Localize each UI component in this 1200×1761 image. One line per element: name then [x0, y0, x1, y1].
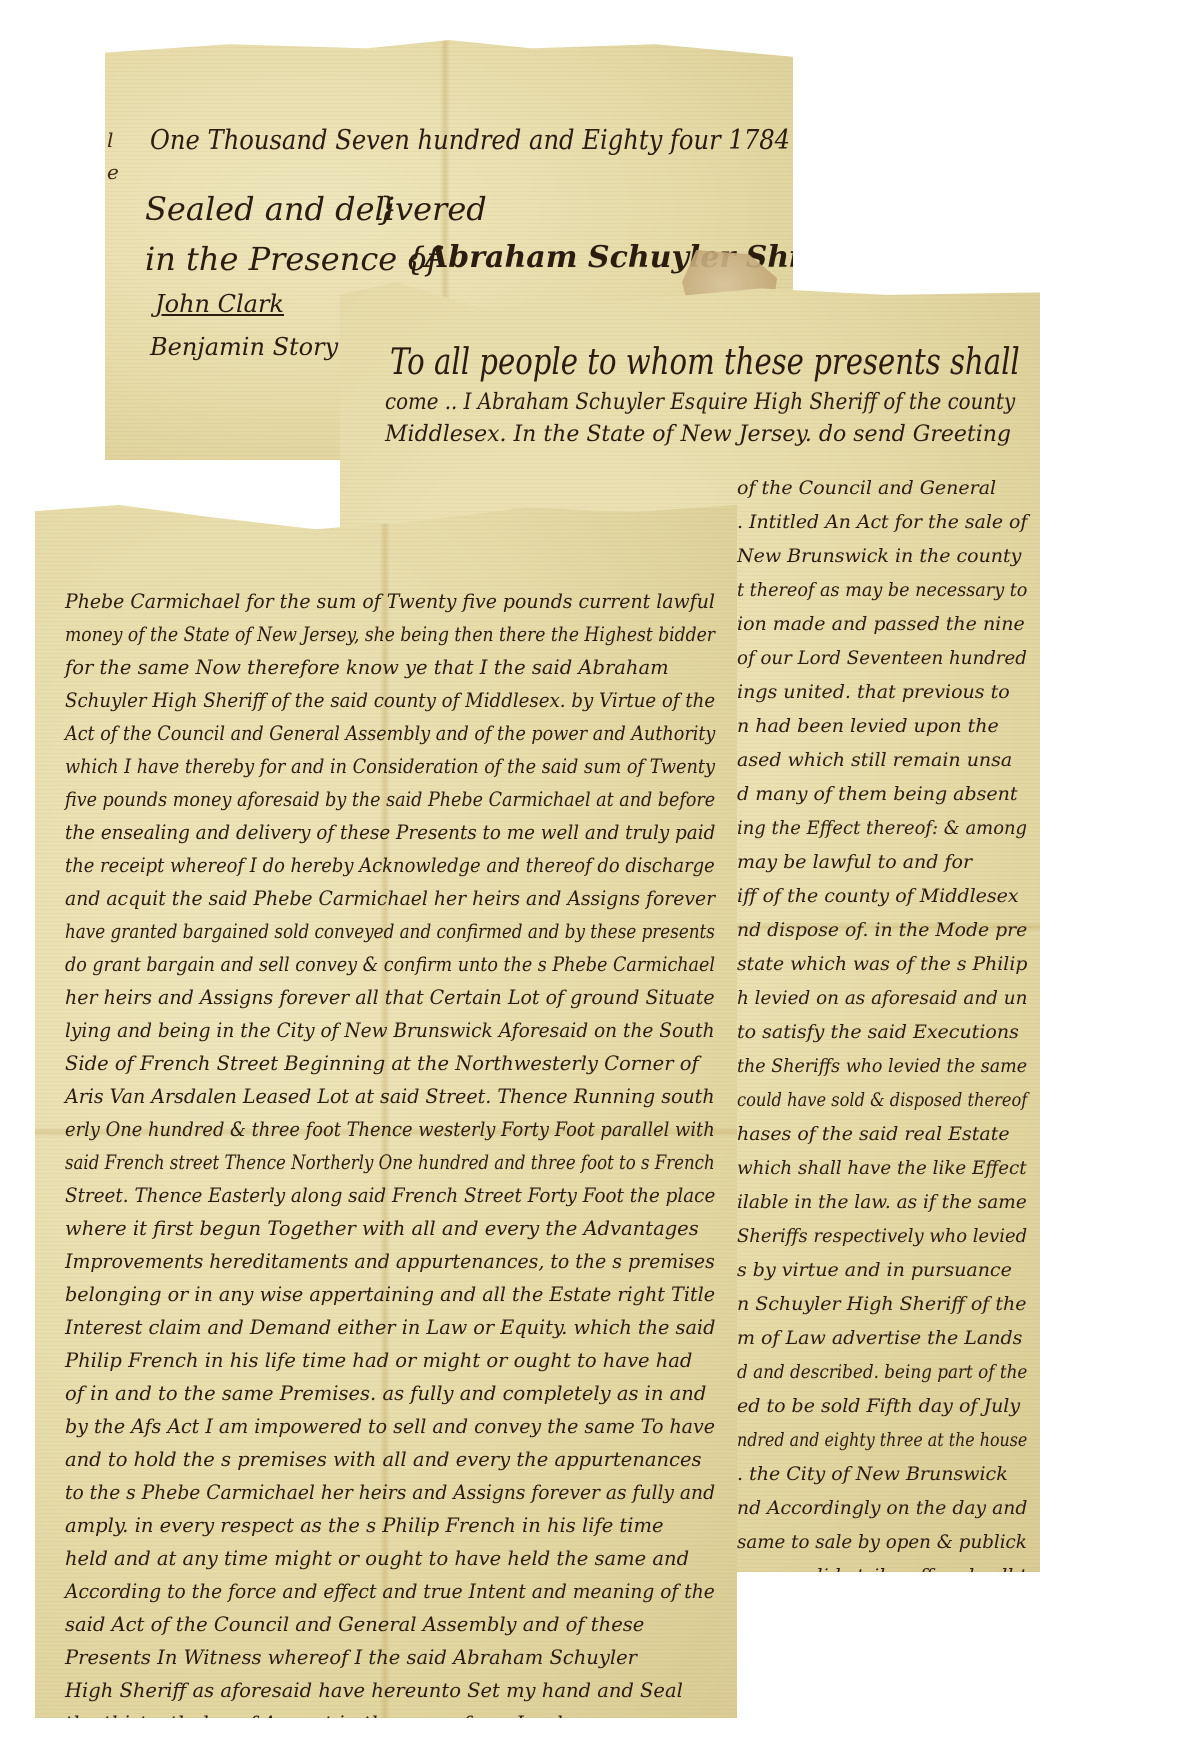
deed-line: h levied on as aforesaid and un — [737, 987, 1027, 1009]
deed-line: the ensealing and delivery of these Pres… — [65, 821, 715, 844]
deed-line: Presents In Witness whereof I the said A… — [65, 1646, 637, 1669]
deed-line: where it first begun Together with all a… — [65, 1217, 699, 1240]
deed-line: Improvements hereditaments and appurtena… — [65, 1250, 715, 1273]
deed-line: the thirtyeth day of August in the year … — [65, 1712, 563, 1735]
margin-mark: e — [107, 160, 119, 184]
deed-line: may be lawful to and for — [737, 851, 972, 873]
deed-line: and acquit the said Phebe Carmichael her… — [65, 887, 715, 910]
deed-line: to the s Phebe Carmichael her heirs and … — [65, 1481, 715, 1504]
deed-line: Middlesex. In the State of New Jersey. d… — [385, 422, 1011, 447]
deed-line: erly One hundred & three foot Thence wes… — [65, 1118, 715, 1141]
deed-line: n had been levied upon the — [737, 715, 999, 737]
brace: } — [377, 190, 397, 228]
deed-line: Philip French in his life time had or mi… — [65, 1349, 692, 1372]
deed-line: Side of French Street Beginning at the N… — [65, 1052, 699, 1075]
deed-line: belonging or in any wise appertaining an… — [65, 1283, 715, 1306]
deed-line: nd dispose of. in the Mode pre — [737, 919, 1027, 941]
deed-line: ings united. that previous to — [737, 681, 1010, 703]
deed-line: n Schuyler High Sheriff of the — [737, 1293, 1026, 1315]
front-sheet: Phebe Carmichael for the sum of Twenty f… — [35, 505, 737, 1718]
deed-line: and to hold the s premises with all and … — [65, 1448, 702, 1471]
deed-line: five pounds money aforesaid by the said … — [65, 788, 715, 811]
deed-line: s by virtue and in pursuance — [737, 1259, 1012, 1281]
deed-line: of our Lord Seventeen hundred — [737, 647, 1027, 669]
deed-line: High Sheriff as aforesaid have hereunto … — [65, 1679, 683, 1702]
deed-line: t thereof as may be necessary to — [737, 579, 1027, 601]
deed-line: to satisfy the said Executions — [737, 1021, 1019, 1043]
deed-line: held and at any time might or ought to h… — [65, 1547, 689, 1570]
deed-line: e same did strike off and sell t — [737, 1565, 1027, 1587]
deed-line: Street. Thence Easterly along said Frenc… — [65, 1184, 715, 1207]
deed-line: ilable in the law. as if the same — [737, 1191, 1027, 1213]
deed-line: m of Law advertise the Lands — [737, 1327, 1022, 1349]
deed-line: could have sold & disposed thereof — [737, 1089, 1027, 1111]
attestation-line: Sealed and delivered — [145, 190, 487, 228]
deed-line: have granted bargained sold conveyed and… — [65, 920, 715, 943]
deed-line: nd Accordingly on the day and — [737, 1497, 1027, 1519]
deed-line: for the same Now therefore know ye that … — [65, 656, 669, 679]
deed-line: lying and being in the City of New Bruns… — [65, 1019, 715, 1042]
deed-line: said Act of the Council and General Asse… — [65, 1613, 644, 1636]
deed-line: Sheriffs respectively who levied — [737, 1225, 1027, 1247]
deed-line: amply. in every respect as the s Philip … — [65, 1514, 664, 1537]
attestation-line: in the Presence of — [145, 240, 438, 278]
deed-line: of in and to the same Premises. as fully… — [65, 1382, 706, 1405]
deed-line: said French street Thence Northerly One … — [65, 1151, 715, 1174]
deed-line: Phebe Carmichael for the sum of Twenty f… — [65, 590, 715, 613]
deed-line: Schuyler High Sheriff of the said county… — [65, 689, 715, 712]
deed-line: of the Council and General — [737, 477, 996, 499]
deed-line: New Brunswick in the county — [737, 545, 1021, 567]
deed-line: Act of the Council and General Assembly … — [65, 722, 715, 745]
deed-line: her heirs and Assigns forever all that C… — [65, 986, 715, 1009]
deed-line: money of the State of New Jersey, she be… — [65, 623, 715, 646]
witness-signature: John Clark — [155, 290, 284, 318]
date-line: One Thousand Seven hundred and Eighty fo… — [150, 125, 790, 156]
deed-line: by the Afs Act I am impowered to sell an… — [65, 1415, 715, 1438]
deed-line: . the City of New Brunswick — [737, 1463, 1008, 1485]
deed-line: the receipt whereof I do hereby Acknowle… — [65, 854, 715, 877]
deed-line: d and described. being part of the — [737, 1361, 1027, 1383]
deed-line: ndred and eighty three at the house — [737, 1429, 1027, 1451]
deed-heading: To all people to whom these presents sha… — [390, 342, 1020, 383]
deed-line: do grant bargain and sell convey & confi… — [65, 953, 715, 976]
deed-line: iff of the county of Middlesex — [737, 885, 1019, 907]
deed-line: come .. I Abraham Schuyler Esquire High … — [385, 390, 1015, 415]
deed-line: ed to be sold Fifth day of July — [737, 1395, 1020, 1417]
deed-line: d many of them being absent — [737, 783, 1018, 805]
deed-line: ing the Effect thereof: & among — [737, 817, 1027, 839]
deed-line: Interest claim and Demand either in Law … — [65, 1316, 715, 1339]
deed-line: which I have thereby for and in Consider… — [65, 755, 715, 778]
witness-signature: Benjamin Story — [150, 333, 338, 361]
deed-line: . Intitled An Act for the sale of — [737, 511, 1027, 533]
deed-line: ased which still remain unsa — [737, 749, 1012, 771]
margin-mark: l — [107, 128, 113, 152]
deed-line: state which was of the s Philip — [737, 953, 1027, 975]
deed-line: hases of the said real Estate — [737, 1123, 1010, 1145]
deed-line: which shall have the like Effect — [737, 1157, 1027, 1179]
deed-line: Aris Van Arsdalen Leased Lot at said Str… — [65, 1085, 715, 1108]
deed-line: the Sheriffs who levied the same — [737, 1055, 1027, 1077]
brace: { — [405, 240, 425, 278]
deed-line: According to the force and effect and tr… — [65, 1580, 715, 1603]
deed-line: same to sale by open & publick — [737, 1531, 1027, 1553]
deed-line: ion made and passed the nine — [737, 613, 1025, 635]
